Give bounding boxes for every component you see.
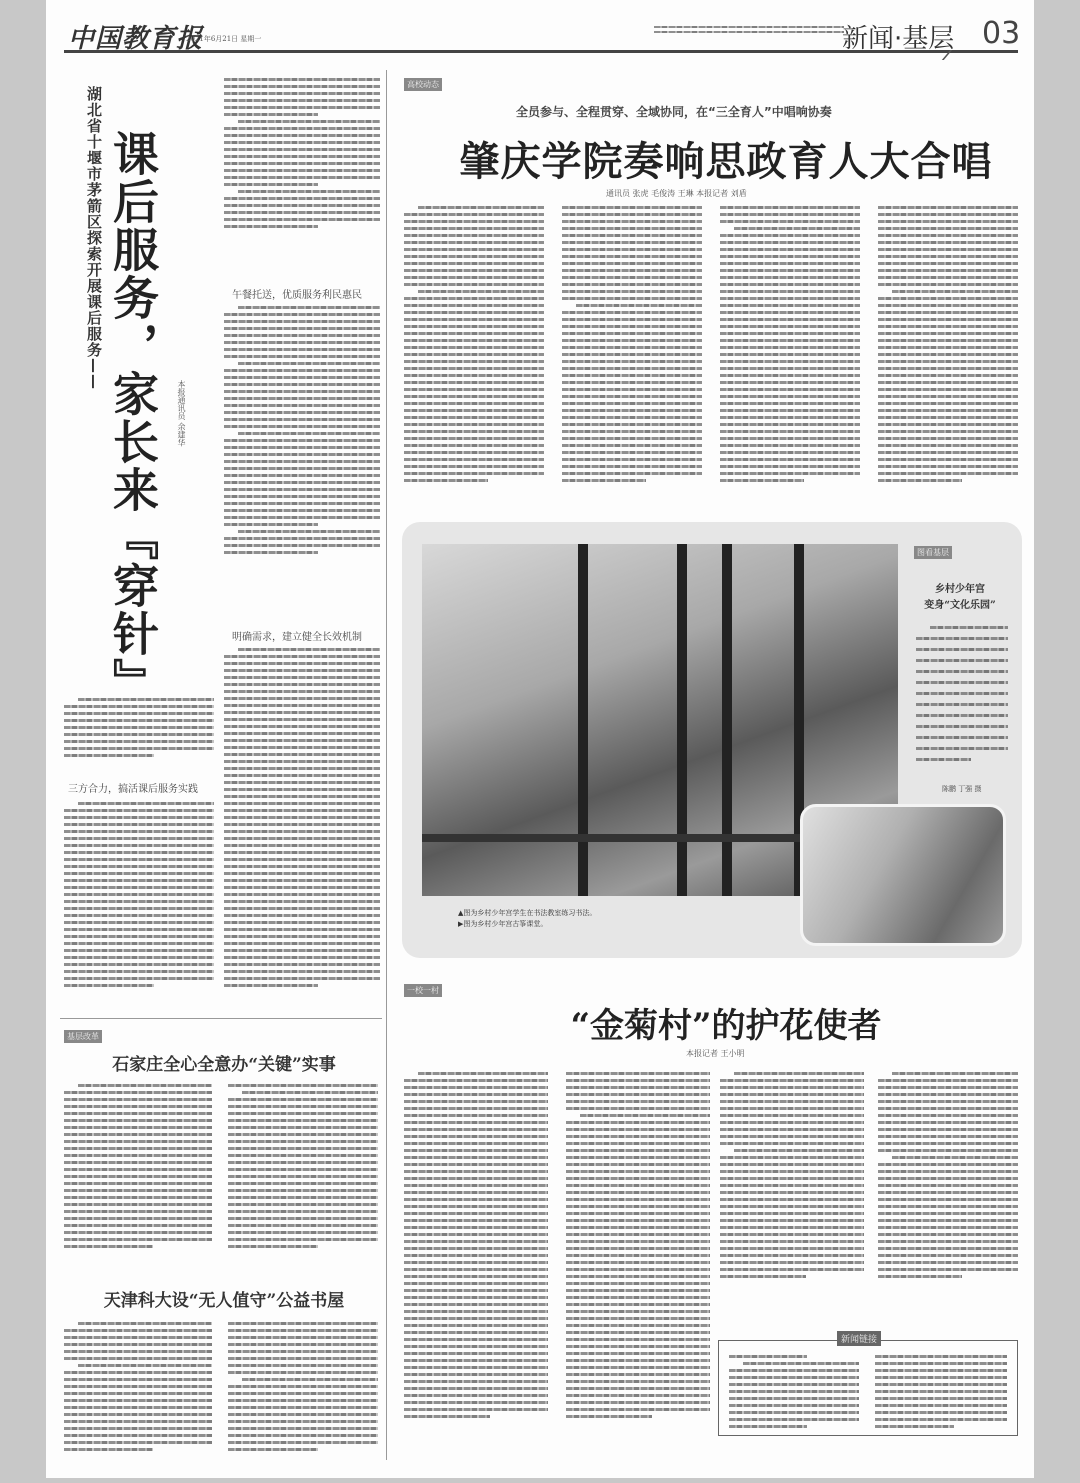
feature-kicker: 湖北省十堰市茅箭区探索开展课后服务—— xyxy=(84,86,105,390)
feature-body-col2a xyxy=(224,78,380,232)
shijiazhuang-title: 石家庄全心全意办“关键”实事 xyxy=(64,1050,384,1075)
tianjin-body-col1 xyxy=(64,1322,212,1455)
infobox-body-col1 xyxy=(729,1355,859,1432)
feature-body-col2c xyxy=(224,648,380,991)
lead-byline: 通讯员 张虎 毛俊涛 王琳 本报记者 刘盾 xyxy=(606,188,747,199)
jinju-body-col2 xyxy=(566,1072,710,1422)
feature-subhead-2: 明确需求，建立健全长效机制 xyxy=(232,628,362,643)
newspaper-page: 中国教育报 2021年6月21日 星期一 新闻·基层 03 湖北省十堰市茅箭区探… xyxy=(46,0,1034,1478)
lead-body-col2 xyxy=(562,206,702,486)
feature-body-col2b xyxy=(224,306,380,558)
jinju-byline: 本报记者 王小明 xyxy=(686,1048,745,1059)
section-divider xyxy=(60,1018,382,1019)
feature-body-col1 xyxy=(64,698,214,761)
editor-info xyxy=(654,26,844,37)
jinju-body-col3 xyxy=(720,1072,864,1282)
tianjin-body-col2 xyxy=(228,1322,378,1455)
feature-body-col1b xyxy=(64,802,214,991)
lead-title: 肇庆学院奏响思政育人大合唱 xyxy=(426,130,1026,187)
lead-body-col3 xyxy=(720,206,860,486)
tianjin-title: 天津科大设“无人值守”公益书屋 xyxy=(64,1286,384,1311)
column-tag: 基层改革 xyxy=(64,1030,102,1043)
feature-title: 课后服务，家长来『穿针』 xyxy=(108,130,158,706)
news-link-box: 新闻链接 xyxy=(718,1340,1018,1436)
shijiazhuang-body-col2 xyxy=(228,1084,378,1252)
page-number: 03 xyxy=(982,16,1020,51)
sidebar-body xyxy=(916,626,1008,765)
sidebar-title: 乡村少年宫 变身“文化乐园” xyxy=(910,582,1010,614)
shijiazhuang-body-col1 xyxy=(64,1084,212,1252)
jinju-body-col4 xyxy=(878,1072,1018,1282)
feature-subhead-3: 三方合力，搞活课后服务实践 xyxy=(68,780,198,795)
masthead-rule xyxy=(64,50,1018,53)
issue-date: 2021年6月21日 星期一 xyxy=(186,34,261,44)
infobox-tag: 新闻链接 xyxy=(837,1331,881,1346)
jinju-title: “金菊村”的护花使者 xyxy=(426,998,1026,1047)
infobox-body-col2 xyxy=(875,1355,1007,1432)
lead-kicker: 全员参与、全程贯穿、全域协同，在“三全育人”中唱响协奏 xyxy=(516,103,832,120)
column-tag: 图看基层 xyxy=(914,546,952,559)
column-divider xyxy=(386,70,387,1460)
jinju-body-col1 xyxy=(404,1072,548,1422)
photo-credit: 陈鹏 丁强 摄 xyxy=(942,784,981,794)
feature-byline: 本报通讯员 余建华 xyxy=(176,380,187,447)
lead-body-col1 xyxy=(404,206,544,486)
feature-subhead-1: 午餐托送，优质服务利民惠民 xyxy=(232,286,362,301)
photo-caption: ▲图为乡村少年宫学生在书法教室练习书法。 ▶图为乡村少年宫古筝课堂。 xyxy=(458,908,596,930)
photo-feature-box: ▲图为乡村少年宫学生在书法教室练习书法。 ▶图为乡村少年宫古筝课堂。 图看基层 … xyxy=(402,522,1022,958)
column-tag: 一校一村 xyxy=(404,984,442,997)
column-tag: 高校动态 xyxy=(404,78,442,91)
guzheng-class-photo xyxy=(800,804,1006,946)
masthead: 中国教育报 2021年6月21日 星期一 新闻·基层 03 xyxy=(64,12,1024,54)
lead-body-col4 xyxy=(878,206,1018,486)
